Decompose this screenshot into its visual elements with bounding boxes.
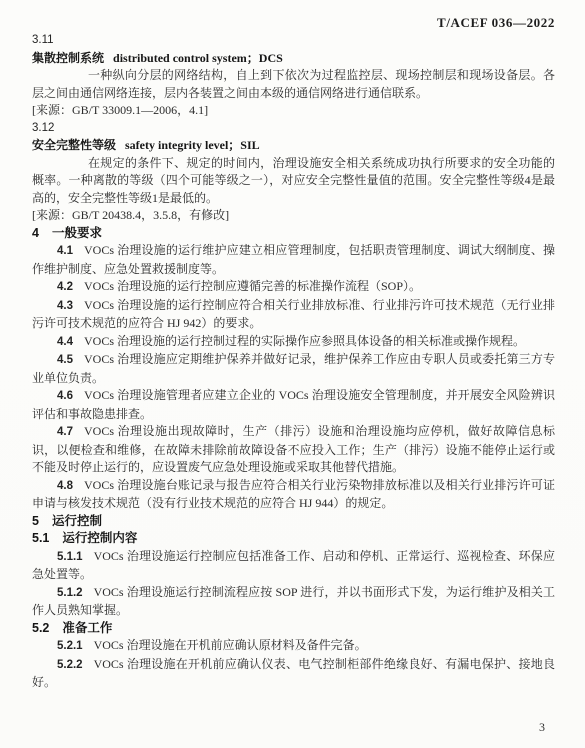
section-heading-5-2: 5.2准备工作 [32,620,555,638]
clause-text: VOCs 治理设施管理者应建立企业的 VOCs 治理设施安全管理制度，并开展安全… [32,388,555,421]
term-heading-3-12: 安全完整性等级safety integrity level；SIL [32,137,555,155]
clause-text: VOCs 治理设施的运行维护应建立相应管理制度，包括职责管理制度、调试大纲制度、… [32,243,555,276]
clause-4-7: 4.7VOCs 治理设施出现故障时，生产（排污）设施和治理设施均应停机，做好故障… [32,423,555,477]
clause-5-1-1: 5.1.1VOCs 治理设施运行控制应包括准备工作、启动和停机、正常运行、巡视检… [32,548,555,584]
term-number-3-11: 3.11 [32,32,555,50]
section-title: 准备工作 [62,621,112,635]
clause-text: VOCs 治理设施的运行控制过程的实际操作应参照具体设备的相关标准或操作规程。 [84,334,525,348]
page-number: 3 [539,720,545,734]
clause-text: VOCs 治理设施应定期维护保养并做好记录，维护保养工作应由专职人员或委托第三方… [32,352,555,385]
clause-5-2-1: 5.2.1VOCs 治理设施在开机前应确认原材料及备件完备。 [32,637,555,656]
clause-number: 5.2.2 [57,659,83,671]
clause-number: 4.2 [57,281,73,293]
clause-4-2: 4.2VOCs 治理设施的运行控制应遵循完善的标准操作流程（SOP）。 [32,278,555,297]
clause-number: 5.2.1 [57,640,83,652]
section-number: 4 [32,226,39,240]
clause-text: VOCs 治理设施在开机前应确认原材料及备件完备。 [94,638,367,652]
clause-4-1: 4.1VOCs 治理设施的运行维护应建立相应管理制度，包括职责管理制度、调试大纲… [32,242,555,278]
clause-4-3: 4.3VOCs 治理设施的运行控制应符合相关行业排放标准、行业排污许可技术规范（… [32,297,555,333]
standard-number: T/ACEF 036—2022 [437,15,555,30]
section-heading-5-1: 5.1运行控制内容 [32,530,555,548]
page-footer: 3 [539,719,545,737]
clause-5-1-2: 5.1.2VOCs 治理设施运行控制流程应按 SOP 进行，并以书面形式下发，为… [32,584,555,620]
term-number-3-12: 3.12 [32,120,555,138]
term-definition: 在规定的条件下、规定的时间内，治理设施安全相关系统成功执行所要求的安全功能的概率… [32,155,555,208]
clause-5-2-2: 5.2.2VOCs 治理设施在开机前应确认仪表、电气控制柜部件绝缘良好、有漏电保… [32,656,555,692]
document-page: T/ACEF 036—2022 3.11 集散控制系统distributed c… [0,0,585,748]
clause-number: 4.4 [57,336,73,348]
clause-number: 4.6 [57,390,73,402]
clause-text: VOCs 治理设施运行控制应包括准备工作、启动和停机、正常运行、巡视检查、环保应… [32,549,555,582]
term-heading-3-11: 集散控制系统distributed control system；DCS [32,50,555,68]
section-heading-4: 4一般要求 [32,225,555,243]
page-header: T/ACEF 036—2022 [437,14,555,32]
clause-text: VOCs 治理设施运行控制流程应按 SOP 进行，并以书面形式下发，为运行维护及… [32,585,555,618]
source-note: [来源：GB/T 33009.1—2006，4.1] [32,102,555,120]
clause-number: 4.1 [57,245,73,257]
clause-text: VOCs 治理设施的运行控制应符合相关行业排放标准、行业排污许可技术规范（无行业… [32,298,555,331]
clause-4-5: 4.5VOCs 治理设施应定期维护保养并做好记录，维护保养工作应由专职人员或委托… [32,351,555,387]
section-heading-5: 5运行控制 [32,513,555,531]
clause-number: 4.7 [57,426,73,438]
section-number: 5.2 [32,621,49,635]
clause-text: VOCs 治理设施出现故障时，生产（排污）设施和治理设施均应停机，做好故障信息标… [32,424,555,474]
section-number: 5 [32,514,39,528]
section-title: 运行控制内容 [62,531,137,545]
clause-4-4: 4.4VOCs 治理设施的运行控制过程的实际操作应参照具体设备的相关标准或操作规… [32,333,555,352]
term-name-en: distributed control system；DCS [113,51,283,65]
clause-4-8: 4.8VOCs 治理设施台账记录与报告应符合相关行业污染物排放标准以及相关行业排… [32,477,555,513]
clause-number: 4.8 [57,480,73,492]
source-note: [来源：GB/T 20438.4，3.5.8，有修改] [32,207,555,225]
term-name-zh: 安全完整性等级 [32,138,116,152]
section-title: 运行控制 [52,514,102,528]
section-title: 一般要求 [52,226,102,240]
clause-number: 4.3 [57,300,73,312]
clause-4-6: 4.6VOCs 治理设施管理者应建立企业的 VOCs 治理设施安全管理制度，并开… [32,387,555,423]
clause-text: VOCs 治理设施台账记录与报告应符合相关行业污染物排放标准以及相关行业排污许可… [32,478,555,511]
clause-number: 4.5 [57,354,73,366]
section-number: 5.1 [32,531,49,545]
clause-number: 5.1.1 [57,551,83,563]
clause-text: VOCs 治理设施的运行控制应遵循完善的标准操作流程（SOP）。 [84,279,421,293]
document-body: 3.11 集散控制系统distributed control system；DC… [32,32,555,692]
term-definition: 一种纵向分层的网络结构，自上到下依次为过程监控层、现场控制层和现场设备层。各层之… [32,67,555,102]
term-name-en: safety integrity level；SIL [125,138,260,152]
term-name-zh: 集散控制系统 [32,51,104,65]
clause-number: 5.1.2 [57,587,83,599]
clause-text: VOCs 治理设施在开机前应确认仪表、电气控制柜部件绝缘良好、有漏电保护、接地良… [32,657,555,690]
